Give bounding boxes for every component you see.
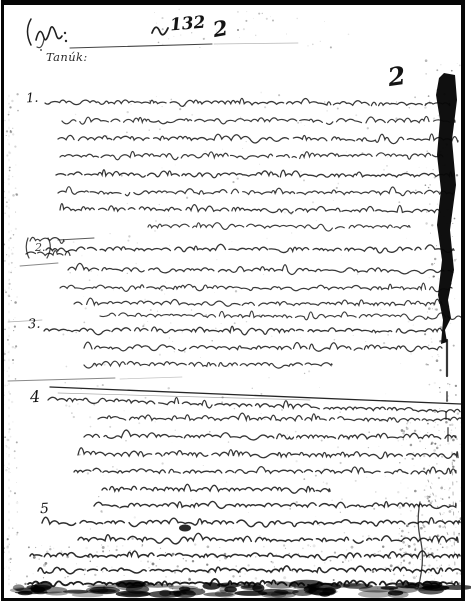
item-5-number: 5 bbox=[40, 502, 50, 516]
handwriting-layer bbox=[0, 0, 471, 615]
manuscript-scan: 132 2 2 Tanúk: 1. 2. 3. 4 5 bbox=[0, 0, 471, 615]
item-1-number: 1. bbox=[26, 92, 39, 106]
page-flourish-top: 2 bbox=[211, 17, 229, 40]
witnesses-label: Tanúk: bbox=[46, 52, 88, 64]
page-flourish-right: 2 bbox=[386, 63, 407, 90]
archival-number: 132 bbox=[169, 14, 206, 34]
item-2-number: 2. bbox=[35, 242, 46, 253]
item-4-number: 4 bbox=[29, 389, 40, 406]
item-3-number: 3. bbox=[28, 318, 41, 332]
